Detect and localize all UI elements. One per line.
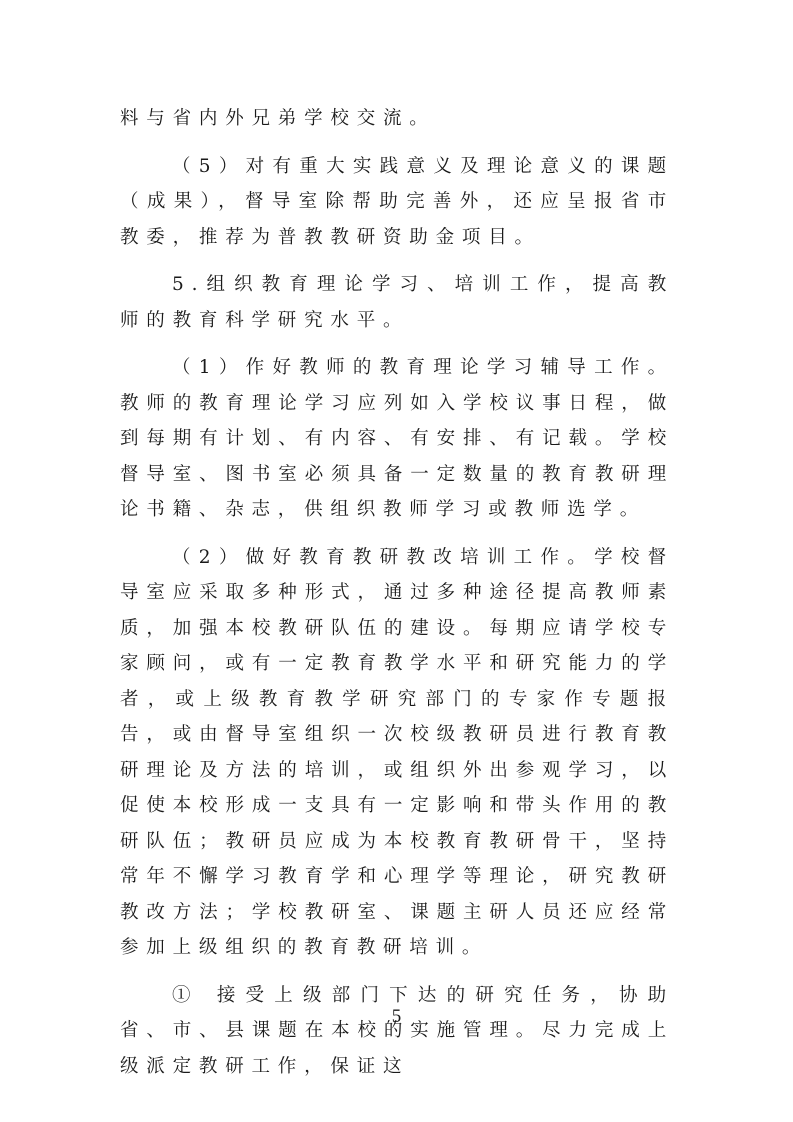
paragraph-item-5: （5）对有重大实践意义及理论意义的课题（成果），督导室除帮助完善外，还应呈报省市… bbox=[120, 149, 674, 256]
paragraph-item-1: （1）作好教师的教育理论学习辅导工作。教师的教育理论学习应列如入学校议事日程，做… bbox=[120, 350, 674, 528]
paragraph-item-2: （2）做好教育教研教改培训工作。学校督导室应采取多种形式，通过多种途径提高教师素… bbox=[120, 540, 674, 966]
document-body: 料与省内外兄弟学校交流。 （5）对有重大实践意义及理论意义的课题（成果），督导室… bbox=[120, 101, 674, 1096]
paragraph-continuation: 料与省内外兄弟学校交流。 bbox=[120, 101, 674, 137]
section-heading-5: 5.组织教育理论学习、培训工作，提高教师的教育科学研究水平。 bbox=[120, 267, 674, 338]
page-number: 5 bbox=[0, 1006, 793, 1028]
paragraph-circled-1: ① 接受上级部门下达的研究任务，协助省、市、县课题在本校的实施管理。尽力完成上级… bbox=[120, 978, 674, 1085]
